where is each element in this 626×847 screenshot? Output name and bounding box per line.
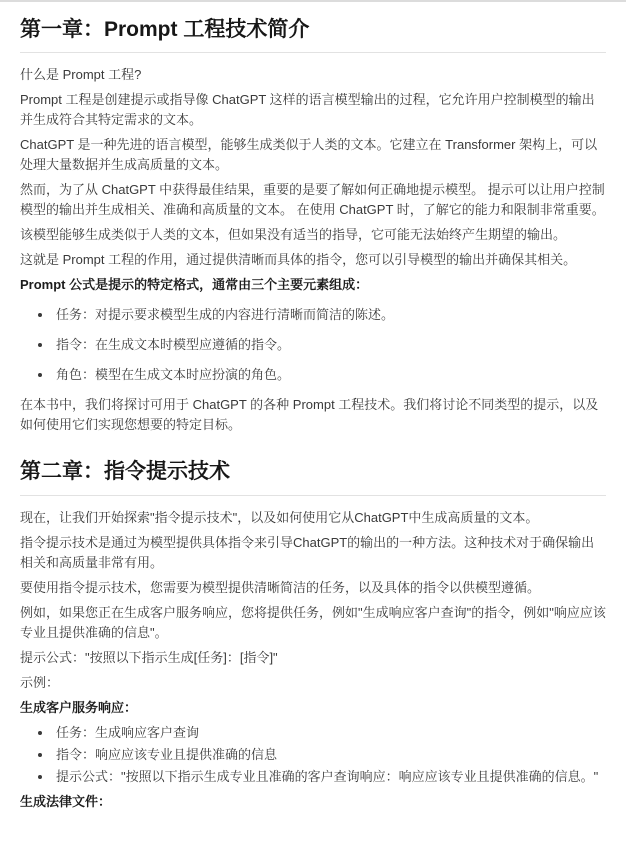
list-item-formula: 提示公式："按照以下指示生成专业且准确的客户查询响应：响应应该专业且提供准确的信… — [53, 767, 606, 787]
list-item-instruction: 指令：响应应该专业且提供准确的信息 — [53, 745, 606, 765]
list-item-task: 任务：对提示要求模型生成的内容进行清晰而简洁的陈述。 — [53, 305, 606, 325]
list-item-task: 任务：生成响应客户查询 — [53, 723, 606, 743]
example2-heading: 生成法律文件： — [20, 792, 606, 812]
example-label: 示例： — [20, 673, 606, 693]
chapter1-paragraph: 然而，为了从 ChatGPT 中获得最佳结果，重要的是要了解如何正确地提示模型。… — [20, 180, 606, 220]
chapter1-paragraph: 这就是 Prompt 工程的作用，通过提供清晰而具体的指令，您可以引导模型的输出… — [20, 250, 606, 270]
chapter1-title: 第一章：Prompt 工程技术简介 — [20, 17, 606, 53]
chapter1-paragraph: Prompt 工程是创建提示或指导像 ChatGPT 这样的语言模型输出的过程，… — [20, 90, 606, 130]
chapter1-paragraph: 该模型能够生成类似于人类的文本，但如果没有适当的指导，它可能无法始终产生期望的输… — [20, 225, 606, 245]
chapter1-paragraph: ChatGPT 是一种先进的语言模型，能够生成类似于人类的文本。它建立在 Tra… — [20, 135, 606, 175]
list-item-role: 角色：模型在生成文本时应扮演的角色。 — [53, 365, 606, 385]
chapter1-intro-question: 什么是 Prompt 工程? — [20, 65, 606, 85]
prompt-formula-heading: Prompt 公式是提示的特定格式，通常由三个主要元素组成： — [20, 275, 606, 295]
document-page: 第一章：Prompt 工程技术简介 什么是 Prompt 工程? Prompt … — [0, 0, 626, 847]
list-item-instruction: 指令：在生成文本时模型应遵循的指令。 — [53, 335, 606, 355]
prompt-formula-line: 提示公式："按照以下指示生成[任务]：[指令]" — [20, 648, 606, 668]
chapter2-paragraph: 例如，如果您正在生成客户服务响应，您将提供任务，例如"生成响应客户查询"的指令，… — [20, 603, 606, 643]
example1-list: 任务：生成响应客户查询 指令：响应应该专业且提供准确的信息 提示公式："按照以下… — [20, 723, 606, 787]
example1-heading: 生成客户服务响应： — [20, 698, 606, 718]
prompt-elements-list: 任务：对提示要求模型生成的内容进行清晰而简洁的陈述。 指令：在生成文本时模型应遵… — [20, 305, 606, 385]
chapter2-paragraph: 现在，让我们开始探索"指令提示技术"，以及如何使用它从ChatGPT中生成高质量… — [20, 508, 606, 528]
chapter2-paragraph: 要使用指令提示技术，您需要为模型提供清晰简洁的任务，以及具体的指令以供模型遵循。 — [20, 578, 606, 598]
chapter1-paragraph: 在本书中，我们将探讨可用于 ChatGPT 的各种 Prompt 工程技术。我们… — [20, 395, 606, 435]
chapter2-paragraph: 指令提示技术是通过为模型提供具体指令来引导ChatGPT的输出的一种方法。这种技… — [20, 533, 606, 573]
chapter2-title: 第二章：指令提示技术 — [20, 459, 606, 495]
